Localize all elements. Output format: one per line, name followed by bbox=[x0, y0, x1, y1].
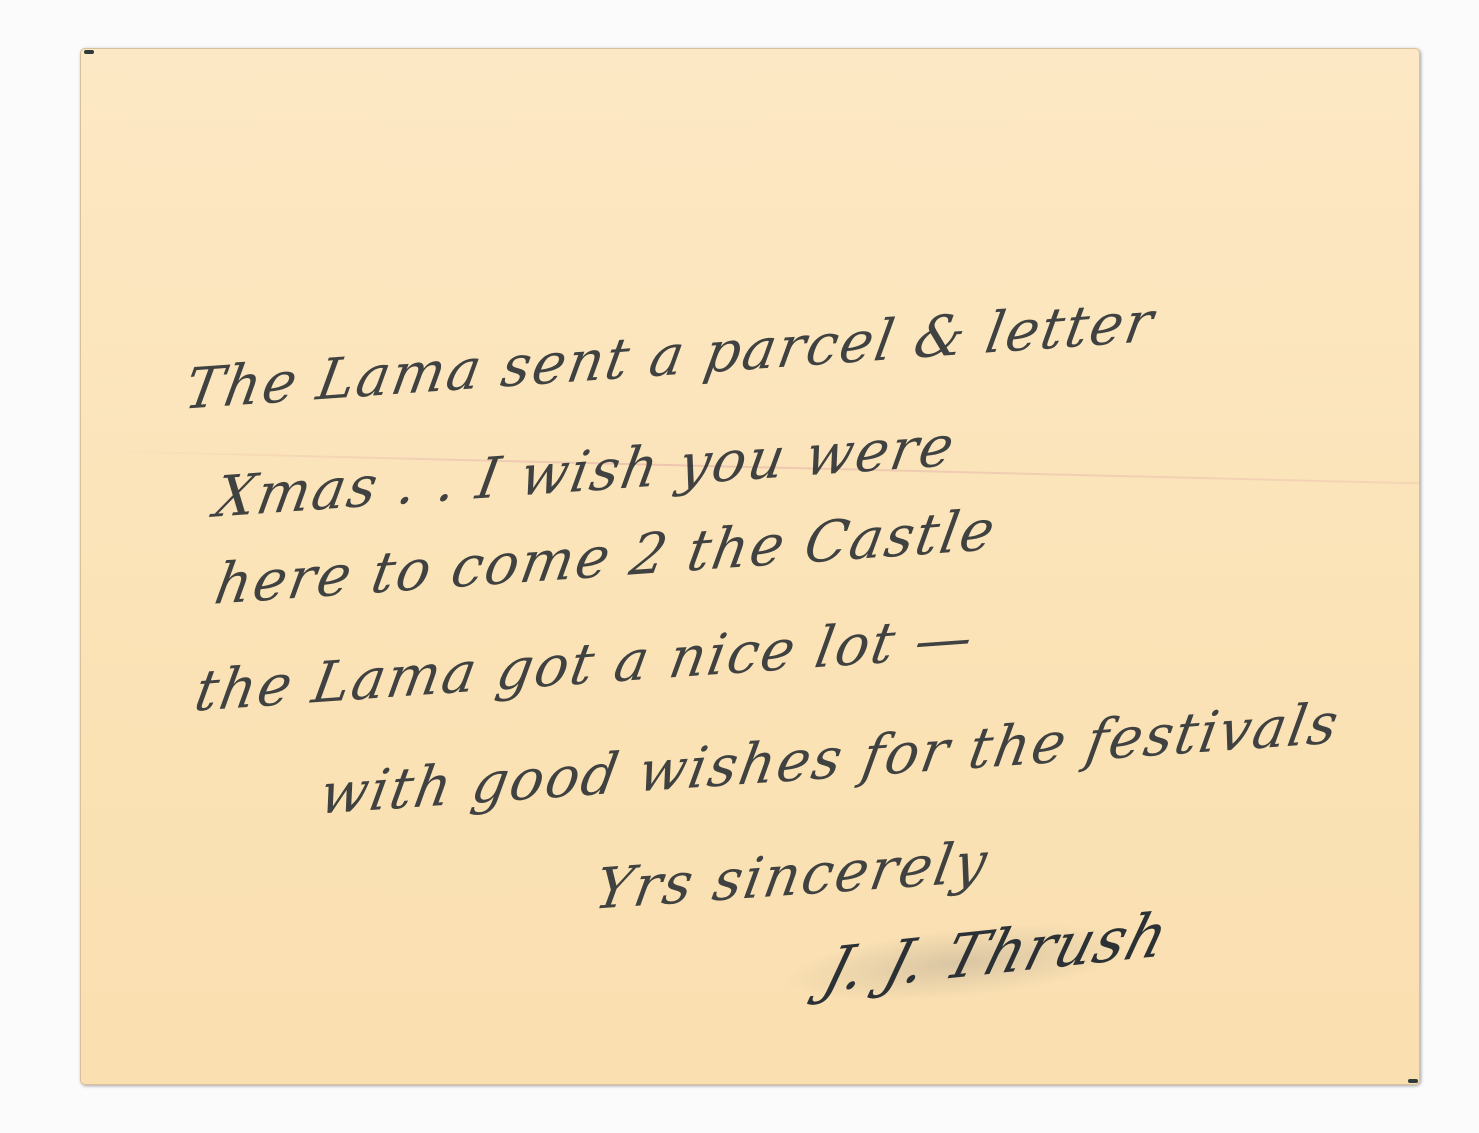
handwritten-line-4: the Lama got a nice lot — bbox=[190, 605, 979, 725]
closing-line: Yrs sincerely bbox=[590, 830, 994, 923]
handwritten-line-1: The Lama sent a parcel & letter bbox=[180, 289, 1160, 423]
handwritten-line-5: with good wishes for the festivals bbox=[315, 691, 1345, 828]
note-card: The Lama sent a parcel & letter Xmas . .… bbox=[80, 48, 1420, 1085]
corner-wear-bottom-right bbox=[1408, 1079, 1418, 1083]
corner-wear-top-left bbox=[84, 50, 94, 54]
